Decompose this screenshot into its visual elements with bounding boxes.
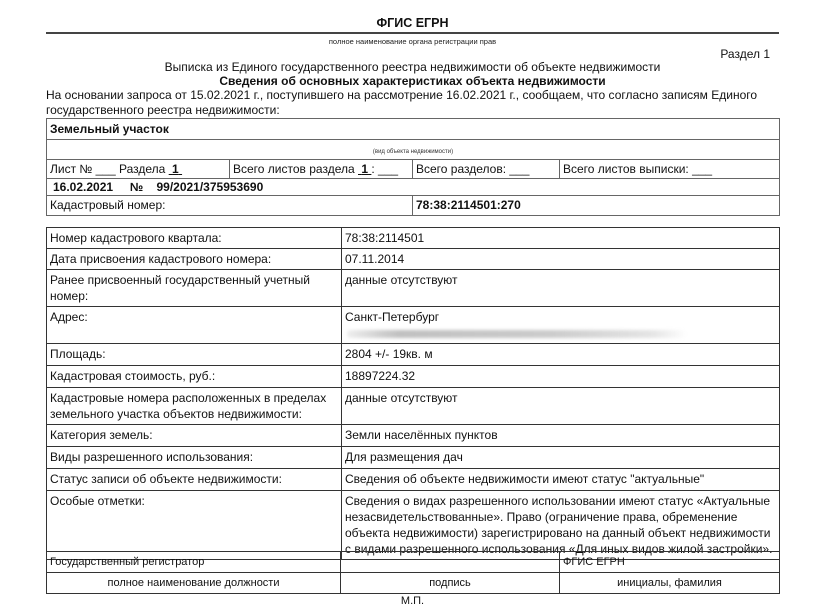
table-row: Виды разрешенного использования: Для раз… [47, 447, 780, 469]
section-word: Раздела [119, 162, 165, 176]
extract-date-number: 16.02.2021 № 99/2021/375953690 [47, 179, 780, 196]
table-row: Адрес: Санкт-Петербург [47, 307, 780, 344]
row-label: Кадастровая стоимость, руб.: [47, 366, 342, 388]
cadastral-number-label: Кадастровый номер: [47, 196, 413, 216]
name-caption: инициалы, фамилия [560, 573, 780, 594]
sheets-in-section-tail: : ___ [371, 162, 398, 176]
row-label: Особые отметки: [47, 491, 342, 560]
section-number: 1 [169, 162, 182, 176]
characteristics-table: Номер кадастрового квартала: 78:38:21145… [46, 227, 780, 560]
row-label: Ранее присвоенный государственный учетны… [47, 270, 342, 307]
row-label: Категория земель: [47, 425, 342, 447]
row-value: данные отсутствуют [342, 270, 780, 307]
row-value: 07.11.2014 [342, 249, 780, 270]
org-underline [46, 32, 779, 34]
row-value: Сведения об объекте недвижимости имеют с… [342, 469, 780, 491]
document-title: Выписка из Единого государственного реес… [46, 60, 779, 74]
table-row: Статус записи об объекте недвижимости: С… [47, 469, 780, 491]
total-sections-cell: Всего разделов: ___ [413, 160, 560, 179]
row-label: Статус записи об объекте недвижимости: [47, 469, 342, 491]
extract-number: 99/2021/375953690 [156, 180, 263, 194]
row-value: 18897224.32 [342, 366, 780, 388]
row-value: 78:38:2114501 [342, 228, 780, 249]
address-value: Санкт-Петербург [342, 307, 780, 344]
sheet-number-cell: Лист № ___ Раздела 1 [47, 160, 230, 179]
registry-org-name: ФГИС ЕГРН [46, 16, 779, 30]
position-caption: полное наименование должности [47, 573, 341, 594]
sheet-blank: ___ [96, 162, 116, 176]
row-label: Кадастровые номера расположенных в преде… [47, 388, 342, 425]
object-kind: Земельный участок [47, 119, 780, 140]
signature-caption: подпись [341, 573, 560, 594]
row-value: Земли населённых пунктов [342, 425, 780, 447]
table-row: Дата присвоения кадастрового номера: 07.… [47, 249, 780, 270]
row-label: Виды разрешенного использования: [47, 447, 342, 469]
table-row: Особые отметки: Сведения о видах разреше… [47, 491, 780, 560]
row-value: данные отсутствуют [342, 388, 780, 425]
table-row: Ранее присвоенный государственный учетны… [47, 270, 780, 307]
sheets-in-section-label: Всего листов раздела [233, 162, 355, 176]
sheets-in-section-cell: Всего листов раздела 1 : ___ [230, 160, 413, 179]
row-value: Для размещения дач [342, 447, 780, 469]
signature-field [341, 552, 560, 573]
row-label: Адрес: [47, 307, 342, 344]
number-sign: № [130, 180, 143, 194]
table-row: Кадастровые номера расположенных в преде… [47, 388, 780, 425]
registrar-name: ФГИС ЕГРН [560, 552, 780, 573]
row-label: Номер кадастрового квартала: [47, 228, 342, 249]
table-row: Категория земель: Земли населённых пункт… [47, 425, 780, 447]
document-subtitle: Сведения об основных характеристиках объ… [46, 74, 779, 88]
registrar-position: Государственный регистратор [47, 552, 341, 573]
table-row: Номер кадастрового квартала: 78:38:21145… [47, 228, 780, 249]
section-label: Раздел 1 [720, 47, 770, 61]
extract-date: 16.02.2021 [53, 180, 113, 194]
sheet-label: Лист № [50, 162, 92, 176]
row-label: Дата присвоения кадастрового номера: [47, 249, 342, 270]
signature-table: Государственный регистратор ФГИС ЕГРН по… [46, 551, 780, 594]
table-row: Площадь: 2804 +/- 19кв. м [47, 344, 780, 366]
org-caption: полное наименование органа регистрации п… [46, 37, 779, 46]
cadastral-number-value: 78:38:2114501:270 [413, 196, 780, 216]
sheets-in-section-value: 1 [358, 162, 371, 176]
address-city: Санкт-Петербург [345, 310, 439, 324]
redacted-address [347, 330, 687, 338]
stamp-placeholder: М.П. [46, 595, 779, 607]
object-header-table: Земельный участок (вид объекта недвижимо… [46, 118, 780, 216]
total-sheets-cell: Всего листов выписки: ___ [560, 160, 780, 179]
row-value: 2804 +/- 19кв. м [342, 344, 780, 366]
row-value: Сведения о видах разрешенного использова… [342, 491, 780, 560]
row-label: Площадь: [47, 344, 342, 366]
table-row: Кадастровая стоимость, руб.: 18897224.32 [47, 366, 780, 388]
object-kind-caption: (вид объекта недвижимости) [47, 140, 780, 160]
intro-paragraph: На основании запроса от 15.02.2021 г., п… [46, 88, 786, 117]
